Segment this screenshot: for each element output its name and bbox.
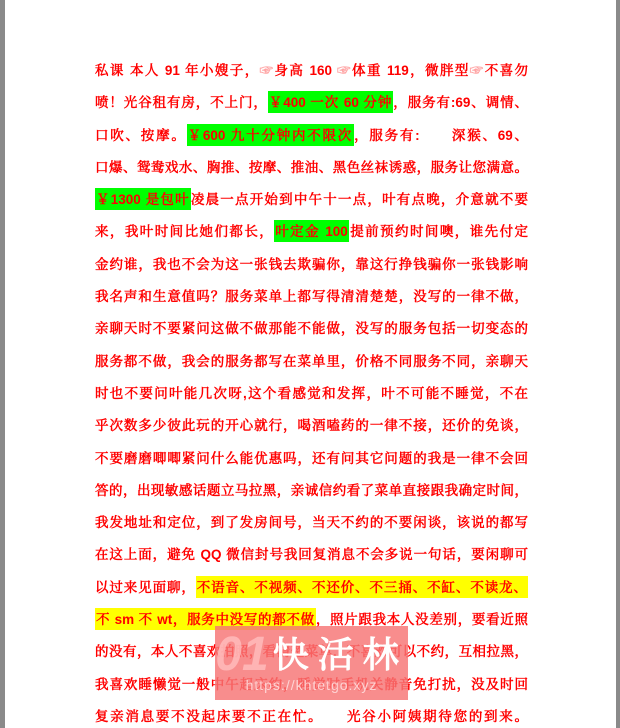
watermark: 01 快活林 https://khtetgo.xyz	[215, 626, 408, 700]
text-line: 来，我叶时间比她们都长，叶定金 100提前预约时间噢，谁先付定	[95, 216, 528, 248]
text-line: ￥1300 是包叶凌晨一点开始到中午十一点，叶有点晚，介意就不要	[95, 184, 528, 216]
watermark-prefix: 01	[215, 631, 268, 679]
text-segment: 金约谁，我也不会为这一张钱去欺骗你，靠这行挣钱骗你一张钱影响	[95, 257, 528, 272]
text-line: 金约谁，我也不会为这一张钱去欺骗你，靠这行挣钱骗你一张钱影响	[95, 249, 528, 281]
page-edge-left	[0, 0, 5, 728]
text-segment: 口爆、鸳鸯戏水、胸推、按摩、推油、黑色丝袜诱惑，服务让您满意。	[95, 160, 528, 175]
text-segment: 体重 119，微胖型	[351, 63, 470, 78]
text-segment: 凌晨一点开始到中午十一点，叶有点晚，介意就不要	[191, 192, 528, 207]
pointing-finger-icon: ☞	[470, 63, 484, 78]
text-line: 我名声和生意值吗？服务菜单上都写得清清楚楚，没写的一律不做，	[95, 281, 528, 313]
text-segment: ，服务有:69、调情、	[393, 95, 528, 110]
text-segment: 私课 本人 91 年小嫂子，	[95, 63, 260, 78]
watermark-brand: 快活林	[273, 637, 408, 673]
pointing-finger-icon: ☞	[337, 63, 351, 78]
text-line: 私课 本人 91 年小嫂子，☞身高 160 ☞体重 119，微胖型☞不喜勿	[95, 55, 528, 87]
highlighted-text: 叶定金 100	[274, 220, 349, 242]
text-line: 不要磨磨唧唧紧问什么能优惠吗，还有问其它问题的我是一律不会回	[95, 443, 528, 475]
text-segment: 复亲消息要不没起床要不正在忙。 光谷小阿姨期待您的到来。	[95, 709, 528, 724]
text-segment: 喷！光谷租有房，不上门，	[95, 95, 268, 110]
text-line: 服务都不做，我会的服务都写在菜单里，价格不同服务不同，亲聊天	[95, 346, 528, 378]
text-segment: 提前预约时间噢，谁先付定	[349, 224, 528, 239]
text-segment: 时也不要问叶能几次呀,这个看感觉和发挥，叶不可能不睡觉，不在	[95, 386, 528, 401]
text-line: 我发地址和定位，到了发房间号，当天不约的不要闲谈，该说的都写	[95, 507, 528, 539]
text-segment: 来，我叶时间比她们都长，	[95, 224, 274, 239]
text-segment: 我发地址和定位，到了发房间号，当天不约的不要闲谈，该说的都写	[95, 515, 528, 530]
text-segment: ，服务有: 深猴、69、	[354, 128, 528, 143]
text-line: 答的，出现敏感话题立马拉黑，亲诚信约看了菜单直接跟我确定时间，	[95, 475, 528, 507]
page: { "page": { "text_color": "#ff0000", "hi…	[0, 0, 620, 728]
text-line: 口吹、按摩。￥600 九十分钟内不限次，服务有: 深猴、69、	[95, 120, 528, 152]
text-segment: 口吹、按摩。	[95, 128, 187, 143]
text-line: 亲聊天时不要紧问这做不做那能不能做，没写的服务包括一切变态的	[95, 313, 528, 345]
text-segment: 服务都不做，我会的服务都写在菜单里，价格不同服务不同，亲聊天	[95, 354, 528, 369]
text-segment: 亲聊天时不要紧问这做不做那能不能做，没写的服务包括一切变态的	[95, 321, 528, 336]
text-segment: 在这上面，避免 QQ 微信封号我回复消息不会多说一句话，要闲聊可	[95, 547, 528, 562]
text-segment: 不要磨磨唧唧紧问什么能优惠吗，还有问其它问题的我是一律不会回	[95, 451, 528, 466]
watermark-url: https://khtetgo.xyz	[246, 677, 378, 693]
highlighted-text: 不语音、不视频、不还价、不三捅、不缸、不读龙、	[196, 576, 528, 598]
text-segment: 我名声和生意值吗？服务菜单上都写得清清楚楚，没写的一律不做，	[95, 289, 528, 304]
text-segment: ，照片跟我本人没差别，要看近照	[316, 612, 528, 627]
watermark-title: 01 快活林	[215, 631, 407, 679]
pointing-finger-icon: ☞	[260, 63, 274, 78]
highlighted-text: ￥600 九十分钟内不限次	[187, 124, 354, 146]
text-line: 复亲消息要不没起床要不正在忙。 光谷小阿姨期待您的到来。	[95, 701, 528, 728]
text-line: 以过来见面聊，不语音、不视频、不还价、不三捅、不缸、不读龙、	[95, 572, 528, 604]
text-line: 乎次数多少彼此玩的开心就行，喝酒嗑药的一律不接，还价的免谈，	[95, 410, 528, 442]
text-segment: 身高 160	[273, 63, 337, 78]
text-line: 在这上面，避免 QQ 微信封号我回复消息不会多说一句话，要闲聊可	[95, 539, 528, 571]
highlighted-text: ￥1300 是包叶	[95, 188, 191, 210]
text-segment: 答的，出现敏感话题立马拉黑，亲诚信约看了菜单直接跟我确定时间，	[95, 483, 528, 498]
text-segment: 以过来见面聊，	[95, 580, 196, 595]
text-segment: 乎次数多少彼此玩的开心就行，喝酒嗑药的一律不接，还价的免谈，	[95, 418, 528, 433]
text-line: 口爆、鸳鸯戏水、胸推、按摩、推油、黑色丝袜诱惑，服务让您满意。	[95, 152, 528, 184]
text-line: 喷！光谷租有房，不上门，￥400 一次 60 分钟，服务有:69、调情、	[95, 87, 528, 119]
text-line: 时也不要问叶能几次呀,这个看感觉和发挥，叶不可能不睡觉，不在	[95, 378, 528, 410]
text-segment: 不喜勿	[483, 63, 528, 78]
highlighted-text: ￥400 一次 60 分钟	[268, 91, 394, 113]
page-edge-right	[616, 0, 620, 728]
